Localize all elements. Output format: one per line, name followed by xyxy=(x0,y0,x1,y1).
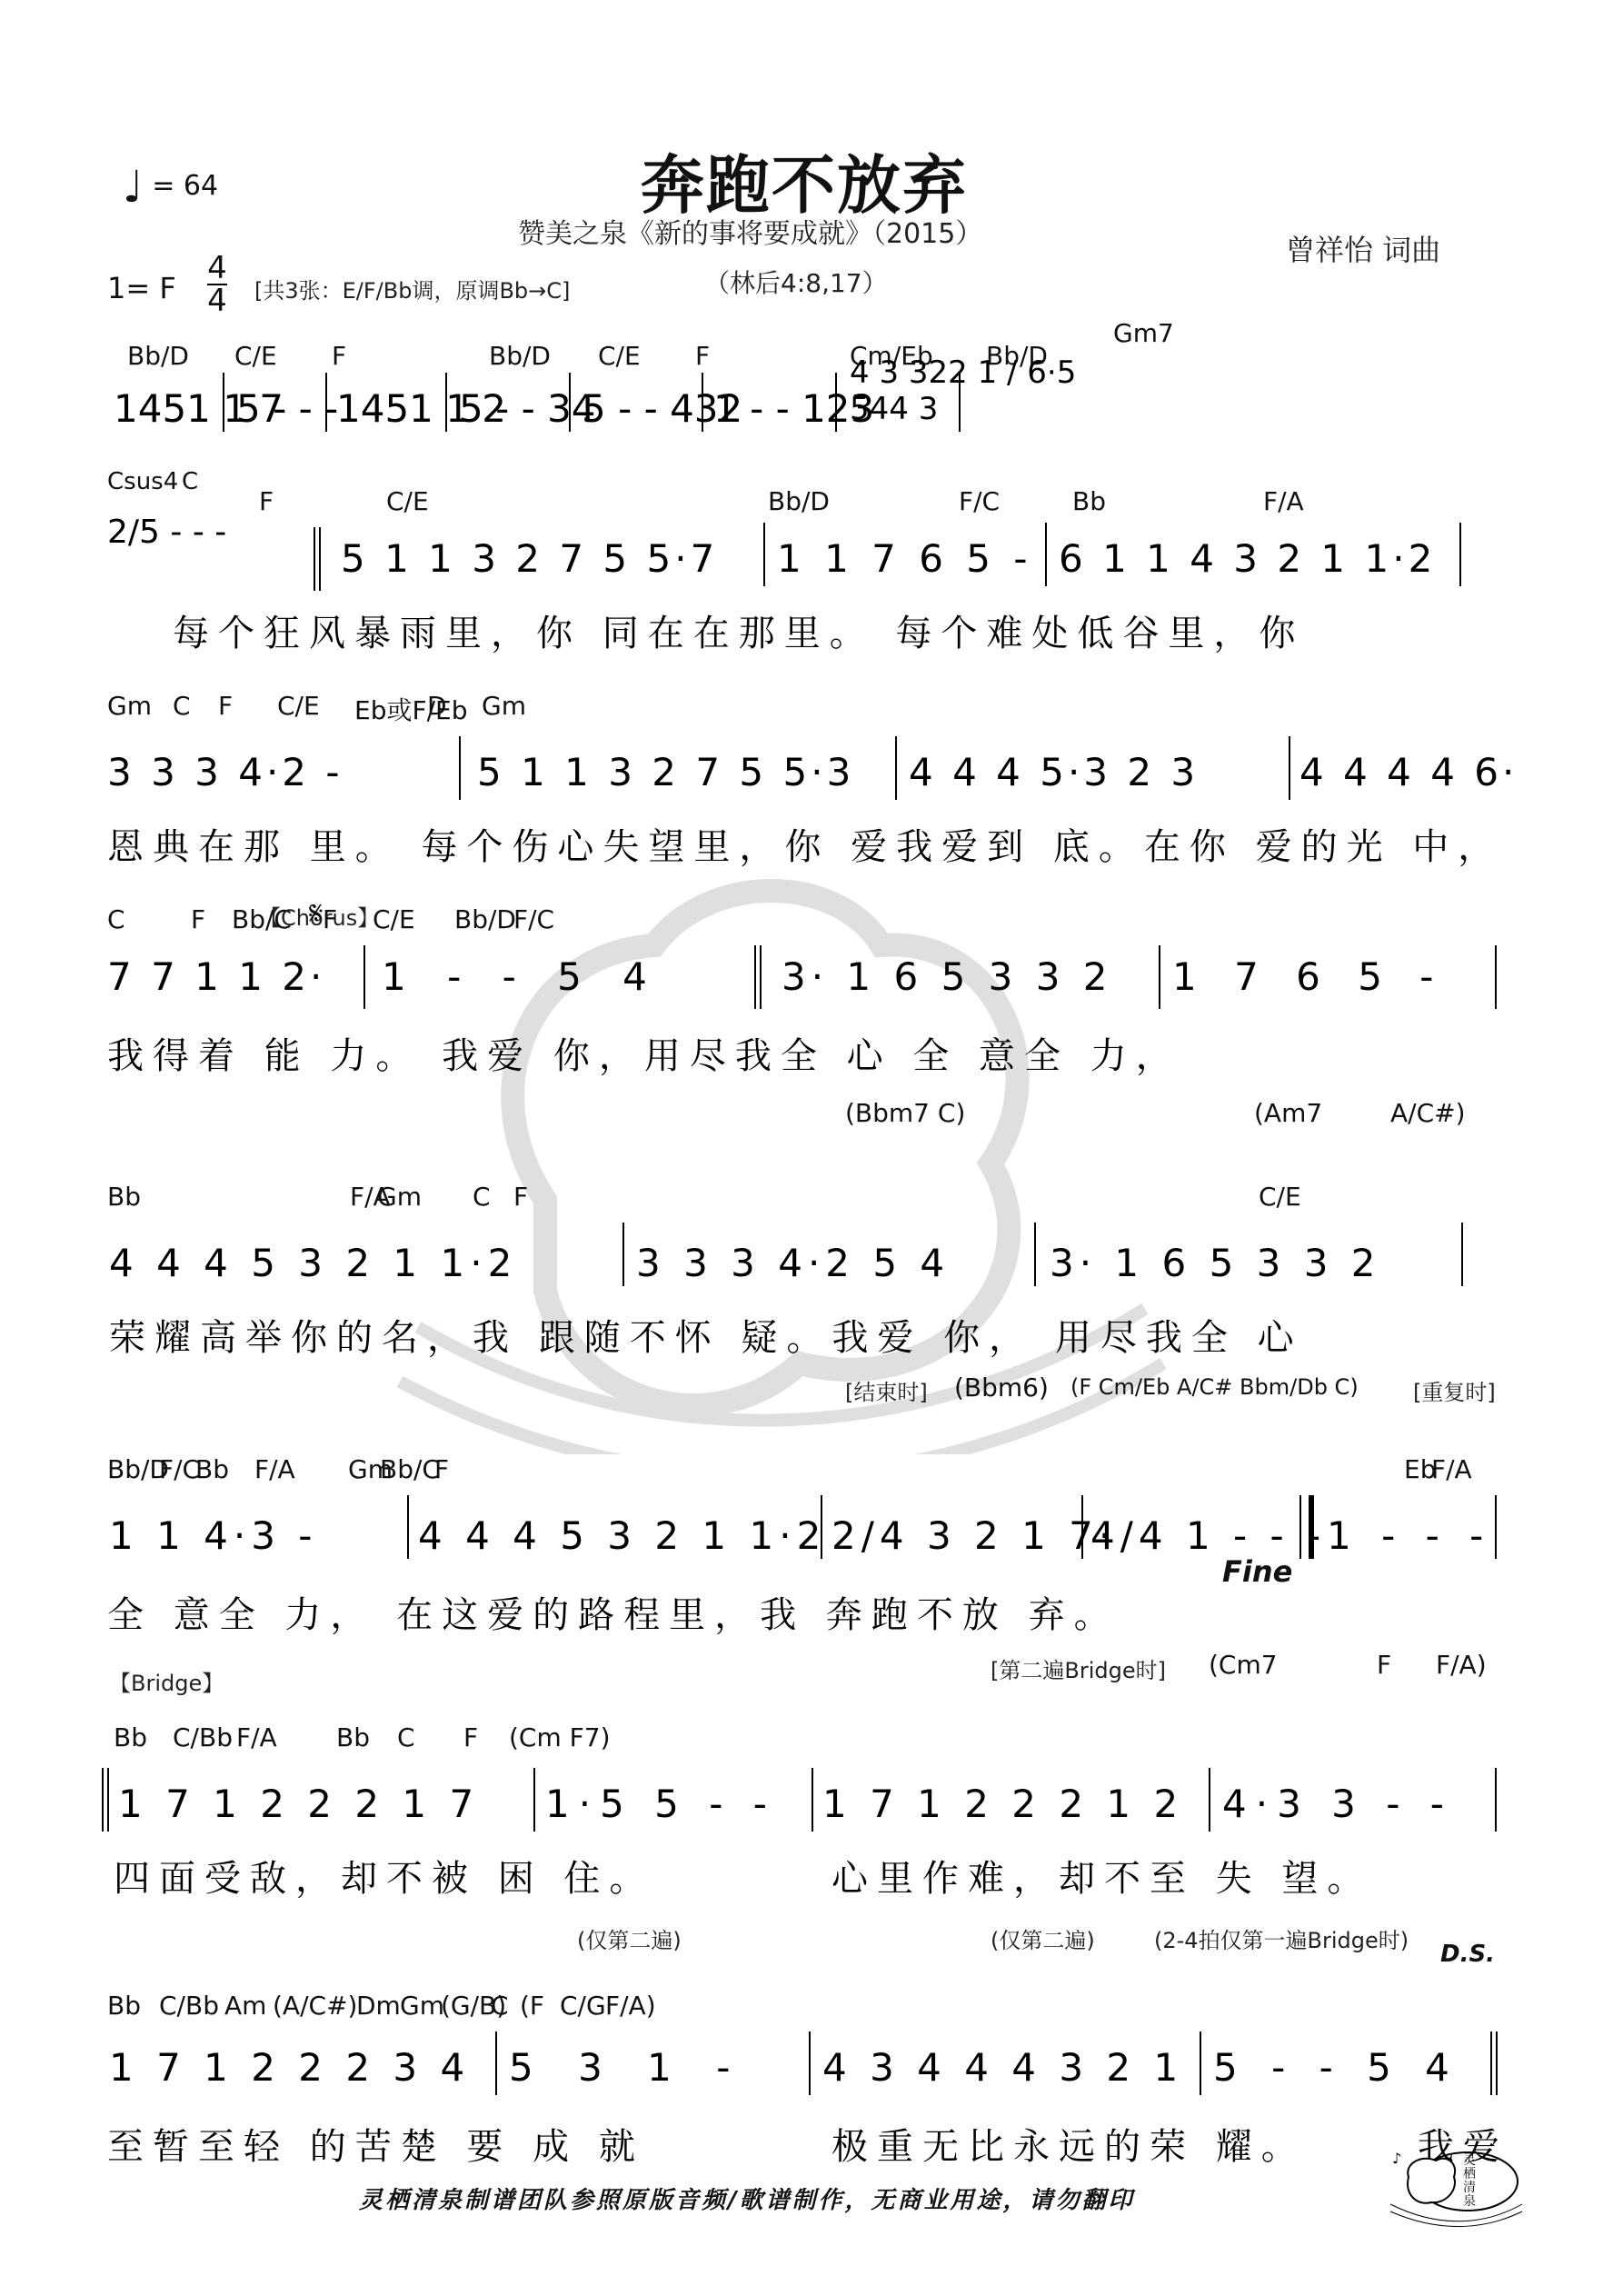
measure: 4 3 4 4 4 3 2 1 xyxy=(822,2045,1183,2090)
key-note: [共3张：E/F/Bb调，原调Bb→C] xyxy=(254,273,570,304)
chord: (F xyxy=(520,1991,544,2021)
measure: 1 - - - xyxy=(1327,1513,1492,1558)
first-time-note: (2-4拍仅第一遍Bridge时) xyxy=(1154,1922,1409,1954)
chord: C xyxy=(182,468,198,495)
lyrics: 四面受敌，却不被 困 住。 xyxy=(114,1850,654,1902)
alt-chord: (Bbm7 C) xyxy=(845,1098,965,1128)
barline xyxy=(223,373,224,432)
repeat-start-barline xyxy=(314,527,321,591)
chord: F xyxy=(434,1454,449,1484)
chord: F/C xyxy=(959,486,1000,516)
measure: 4/4 1 - - - xyxy=(1090,1513,1326,1558)
chord: F/A xyxy=(236,1722,277,1752)
measure: 3· 1 6 5 3 3 2 xyxy=(1050,1241,1381,1285)
measure: 5 - - 5 4 xyxy=(1213,2045,1460,2090)
measure: 4 4 4 4 6· xyxy=(1299,750,1518,794)
measure: 1 7 1 2 2 2 3 4 xyxy=(109,2045,470,2090)
chord: Bb xyxy=(336,1722,370,1752)
barline xyxy=(569,373,571,432)
chord: F xyxy=(191,904,205,934)
second-time-note: [第二遍Bridge时] xyxy=(991,1652,1166,1684)
barline xyxy=(1200,2031,1201,2095)
chord: F xyxy=(463,1722,478,1752)
chord: C xyxy=(107,904,125,934)
chord: C xyxy=(491,1991,509,2021)
ending-note: [结束时] xyxy=(845,1374,928,1406)
chord: Gm7 xyxy=(1113,318,1174,348)
chord: Bb/C xyxy=(380,1454,440,1484)
copyright-footer: 灵栖清泉制谱团队参照原版音频/歌谱制作，无商业用途，请勿翻印 xyxy=(359,2181,1135,2215)
chord: Bb xyxy=(107,1182,141,1212)
chord: Am xyxy=(224,1991,266,2021)
final-barline xyxy=(1299,1495,1314,1559)
barline xyxy=(325,373,327,432)
barline xyxy=(533,1768,535,1832)
barline xyxy=(811,1768,813,1832)
barline xyxy=(1495,1495,1497,1559)
barline xyxy=(622,1223,624,1286)
barline xyxy=(495,2031,497,2095)
sheep-logo-icon: ♪ xyxy=(1381,2141,1527,2227)
measure: 4 4 4 5 3 2 1 1·2 xyxy=(418,1513,826,1558)
measure: 1·5 5 - - xyxy=(545,1782,776,1826)
barline xyxy=(1081,1495,1083,1559)
segno-icon: 𝄋 xyxy=(309,895,323,933)
chord: Gm xyxy=(107,691,152,721)
chord: Bb/D xyxy=(768,486,830,516)
key-signature: 1= F xyxy=(107,271,176,305)
measure: 3 3 3 4·2 5 4 xyxy=(636,1241,950,1285)
barline xyxy=(1495,945,1497,1009)
quarter-note-icon: ♩ xyxy=(123,162,144,213)
chord: (A/C#) xyxy=(273,1991,357,2021)
chord: F xyxy=(513,1182,528,1212)
scripture-ref: （林后4:8,17） xyxy=(704,264,888,300)
measure: 6 1 1 4 3 2 1 1·2 xyxy=(1059,536,1436,581)
barline xyxy=(895,736,897,800)
barline xyxy=(1209,1768,1210,1832)
chord: C/E xyxy=(598,341,641,371)
album-subtitle: 赞美之泉《新的事将要成就》（2015） xyxy=(518,211,982,251)
chord: (Cm F7) xyxy=(509,1722,611,1752)
double-barline xyxy=(754,945,762,1009)
measure: 3 3 3 4·2 - xyxy=(107,750,344,794)
alt-chord: F xyxy=(1377,1650,1391,1680)
measure: 7 7 1 1 2· xyxy=(107,954,325,999)
alt-chord: (Bbm6) xyxy=(954,1373,1049,1403)
chord: C xyxy=(397,1722,415,1752)
lyrics: 极重无比永远的荣 耀。 xyxy=(831,2118,1307,2170)
chord: Bb xyxy=(107,1991,141,2021)
bridge-label: 【Bridge】 xyxy=(109,1665,224,1697)
measure: 2/5 - - - xyxy=(107,514,234,552)
chord: Bb/D xyxy=(489,341,551,371)
chord: Gm xyxy=(400,1991,444,2021)
measure: 1 7 1 2 2 2 1 2 xyxy=(822,1782,1183,1826)
measure: 4·3 3 - - xyxy=(1222,1782,1453,1826)
repeat-end-barline xyxy=(1490,2031,1498,2095)
alt-chord: (F Cm/Eb A/C# Bbm/Db C) xyxy=(1070,1374,1359,1400)
lyrics: 心里作难，却不至 失 望。 xyxy=(831,1850,1372,1902)
chord: F/A) xyxy=(605,1991,656,2021)
chord: F xyxy=(695,341,710,371)
alt-chord: (Am7 xyxy=(1254,1098,1322,1128)
measure: 1 - - 5 4 xyxy=(382,954,662,999)
alt-chord: F/A) xyxy=(1436,1650,1487,1680)
barline xyxy=(459,736,461,800)
fine-mark: Fine xyxy=(1222,1554,1292,1589)
measure: 1 1 7 6 5 - xyxy=(777,536,1033,581)
chord: C xyxy=(173,691,191,721)
barline xyxy=(1459,523,1461,586)
measure: 1 1 4·3 - xyxy=(109,1513,317,1558)
chord: C/E xyxy=(234,341,277,371)
repeat-note: [重复时] xyxy=(1413,1374,1496,1406)
barline xyxy=(809,2031,811,2095)
chord: Bb/D xyxy=(127,341,189,371)
barline xyxy=(1034,1223,1036,1286)
tempo-mark: ♩ = 64 xyxy=(123,162,218,213)
chord: Bb xyxy=(195,1454,229,1484)
logo-text: 灵栖清泉 xyxy=(1463,2154,1481,2209)
barline xyxy=(363,945,365,1009)
ds-mark: D.S. xyxy=(1440,1941,1495,1968)
chord: C/E xyxy=(277,691,320,721)
barline xyxy=(821,1495,822,1559)
music-note-icon: ♪ xyxy=(1392,2150,1401,2167)
repeat-start-barline xyxy=(102,1768,109,1832)
measure: 5 1 1 3 2 7 5 5·7 xyxy=(341,536,718,581)
barline xyxy=(959,373,961,432)
barline xyxy=(835,373,837,432)
measure: 3· 1 6 5 3 3 2 xyxy=(782,954,1113,999)
lyrics: 至暂至轻 的苦楚 要 成 就 xyxy=(107,2118,644,2170)
chord: F xyxy=(259,486,274,516)
chord: F/C xyxy=(513,904,554,934)
chord: C/E xyxy=(373,904,415,934)
measure: 4 4 4 5·3 2 3 xyxy=(909,750,1199,794)
chord: F xyxy=(332,341,346,371)
composer-credit: 曾祥怡 词曲 xyxy=(1286,227,1440,269)
measure: 4 3 322 1 / 6·5 544 3 xyxy=(850,354,1086,427)
chord: F xyxy=(323,904,337,934)
barline xyxy=(1461,1223,1463,1286)
sheep-logo: ♪ 灵栖清泉 xyxy=(1381,2141,1527,2227)
measure: 1 7 1 2 2 2 1 7 xyxy=(118,1782,479,1826)
chord: C/Bb xyxy=(173,1722,233,1752)
chord: C/G xyxy=(560,1991,606,2021)
barline xyxy=(763,523,765,586)
time-signature: 44 xyxy=(207,255,227,314)
chord: F xyxy=(218,691,233,721)
measure: 5 - - 34 xyxy=(459,386,596,431)
chord: F/A xyxy=(1431,1454,1472,1484)
measure: 2/4 3 2 1 7· xyxy=(831,1513,1116,1558)
barline xyxy=(1289,736,1290,800)
second-time-note: (仅第二遍) xyxy=(577,1922,682,1954)
chord: Gm xyxy=(377,1182,422,1212)
barline xyxy=(445,373,447,432)
chord: D xyxy=(427,691,447,721)
chord: C/Bb xyxy=(159,1991,219,2021)
measure: 5 3 1 - xyxy=(509,2045,746,2090)
chord: Eb或F/Eb xyxy=(354,691,467,727)
measure: 5 1 1 3 2 7 5 5·3 xyxy=(477,750,854,794)
barline xyxy=(407,1495,409,1559)
lyrics: 每个狂风暴雨里，你 同在在那里。 每个难处低谷里，你 xyxy=(173,604,1304,656)
chord: F/A xyxy=(1263,486,1304,516)
chord: F/A xyxy=(254,1454,295,1484)
chord: C xyxy=(473,1182,491,1212)
chord: C/E xyxy=(1259,1182,1301,1212)
barline xyxy=(702,373,703,432)
second-time-note: (仅第二遍) xyxy=(991,1922,1095,1954)
lyrics: 我得着 能 力。 我爱 你，用尽我全 心 全 意全 力， xyxy=(107,1027,1181,1079)
chord: F/C xyxy=(159,1454,200,1484)
measure: 4 4 4 5 3 2 1 1·2 xyxy=(109,1241,517,1285)
barline xyxy=(1045,523,1047,586)
lyrics: 全 意全 力， 在这爱的路程里，我 奔跑不放 弃。 xyxy=(107,1586,1120,1638)
chord: Bb xyxy=(1072,486,1106,516)
lyrics: 恩典在那 里。 每个伤心失望里，你 爱我爱到 底。在你 爱的光 中， xyxy=(107,818,1503,870)
chord: Bb/D xyxy=(454,904,516,934)
chord: Csus4 xyxy=(107,468,178,495)
chord: Dm xyxy=(356,1991,401,2021)
chord: Bb xyxy=(114,1722,147,1752)
barline xyxy=(1495,1768,1497,1832)
alt-chord: (Cm7 xyxy=(1209,1650,1278,1680)
lyrics: 荣耀高举你的名，我 跟随不怀 疑。我爱 你， 用尽我全 心 xyxy=(109,1309,1303,1361)
chord: C/E xyxy=(386,486,429,516)
chord: Gm xyxy=(482,691,526,721)
barline xyxy=(1159,945,1160,1009)
alt-chord: A/C#) xyxy=(1390,1098,1466,1128)
measure: 5 - - - xyxy=(236,386,338,431)
measure: 1 7 6 5 - xyxy=(1172,954,1446,999)
